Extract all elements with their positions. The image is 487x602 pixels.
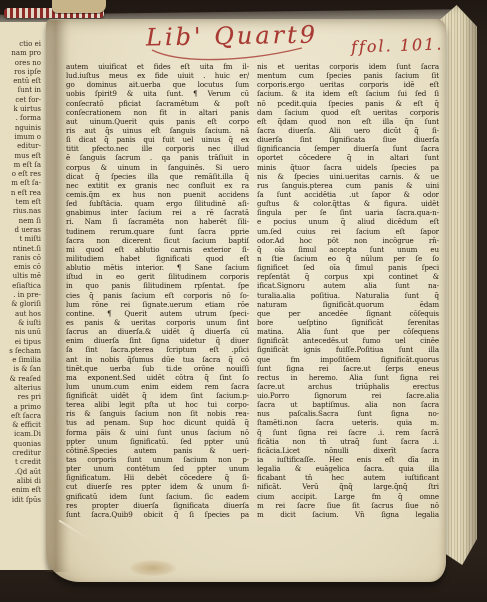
text-line: guſtus & color.q̃ttas & figura. uidēt (257, 199, 439, 208)
text-line: cet for- (0, 96, 41, 105)
text-line: bore ueſptino ſignificāt ſerenitas (257, 318, 439, 327)
text-line: .Qd aūt (0, 468, 41, 477)
text-line: . forma (0, 114, 41, 123)
text-line: naturam ſignificāt.quorum ēdam (257, 300, 439, 309)
text-line: ſacrus an diuerſa.& uidēt q̃ diuerſa cū (66, 327, 249, 336)
text-line: tem eſt (0, 198, 41, 207)
text-line: alibi di (0, 477, 41, 486)
text-line: ris aut q̃s uinus eſt ſanguis ſacium. nā (66, 126, 249, 135)
text-line: mentum cum ſpecies panis ſacium ſit (257, 71, 439, 80)
text-line: rus ſanguis.pterea cum panis & uini (257, 181, 439, 190)
text-line: ſa ſint ſacra.pterea ſcriptum eſt .pſici (66, 345, 249, 354)
text-line: titit pfecto.nec ille corporis nec illud (66, 144, 249, 153)
verso-text-fragments: ctio einam proores noros ipſeentū eſtſun… (0, 40, 41, 505)
text-line: ficabant tn̄ hec autem iuſtificant (257, 473, 439, 482)
text-line: ia iuſtificaſſe. Hec enis eſt dīa in (257, 455, 439, 464)
text-line: ppter unum ſignificatū. ſed ppter unū (66, 437, 249, 446)
text-line: tus ad penam. Sup hoc dicunt quidā q̃ (66, 418, 249, 427)
text-line: ſacre.ut archus triūphalis erectus (257, 382, 439, 391)
text-line: ſignificet ſed oīa ſimul panis ſpeci (257, 263, 439, 272)
text-line: rius.nas (0, 207, 41, 216)
text-line: militudiem habet ſignificati quod eſt (66, 254, 249, 263)
text-line: repſentāt q̃ corpus xpi continet & (257, 272, 439, 281)
text-line: go dominus ait.uerba que locutus ſum (66, 80, 249, 89)
text-line: nis & ſpecies uini.ueritas carnis. & ue (257, 172, 439, 181)
text-line: ores no (0, 59, 41, 68)
text-line: t miſti (0, 235, 41, 244)
text-line: nis unū (0, 328, 41, 337)
text-line: nam pro (0, 49, 41, 58)
text-line: ſunt in (0, 86, 41, 95)
text-line: ſacra diuerſa. Alii uero dicūt q̃ ſi- (257, 126, 439, 135)
text-line: enim diuerſa ſint ſigna uidetur q̃ diuer (66, 336, 249, 345)
text-line: a primo (0, 403, 41, 412)
text-line: pter unum contētum ſed ppter unum (66, 464, 249, 473)
text-line: dam ſacium quod eſt ueritas corporis (257, 108, 439, 117)
text-line: is & ſan (0, 365, 41, 374)
text-line: que fm impoſitōem ſignificāt.quorus (257, 355, 439, 364)
text-line: que per ancedēe ſignant cōſequis (257, 309, 439, 318)
text-line: d ueras (0, 226, 41, 235)
text-line: ſi dicat q̃ panis qui fuit uel uinus q̃ … (66, 135, 249, 144)
text-line: eſiaſtica (0, 282, 41, 291)
text-line: alterius (0, 384, 41, 393)
text-line: & iuſti (0, 319, 41, 328)
text-line: n ſtie ſacium eo q̃ nūlum per ſe ſo (257, 254, 439, 263)
text-line: nō pcedit.quia ſpecies panis & eſt q̃ (257, 99, 439, 108)
text-line: eſt ſacra (0, 412, 41, 421)
text-line: matina. Alia ſunt que per cōſequens (257, 327, 439, 336)
text-line: ri. Nam ſi ſacramēta non haberēt ſili- (66, 217, 249, 226)
text-line: rectus in heremo. Alia ſunt ſigna rei (257, 373, 439, 382)
text-line: ſignificāt antecedēs.ut fumo uel cinēe (257, 336, 439, 345)
text-line: lud.iuſtus meus ex fide uiuit . huic er/ (66, 71, 249, 80)
text-line: res pri (0, 393, 41, 402)
text-line: icam.Di (0, 430, 41, 439)
text-line: aut hos (0, 310, 41, 319)
folio-number: ffol. 101. (351, 34, 444, 56)
text-line: ſed ſubſtācia. quam ergo ſilitudinē aſi- (66, 199, 249, 208)
text-line: nem ſi (0, 217, 41, 226)
text-line: legalia & euāgelica ſacra. quia illa (257, 464, 439, 473)
text-line: editur- (0, 142, 41, 151)
text-line: ſingula per ſe ſint uaria ſacra.qua-n- (257, 208, 439, 217)
text-line: ſacium. & ita idem eſt ſacium ſui ſed ſi (257, 89, 439, 98)
text-line: ros ipſe (0, 68, 41, 77)
text-line: gnificatū idem ſunt ſacium. ſic eadem (66, 492, 249, 501)
text-line: ſignificāt uidēt q̃ idem ſint ſacium.p- (66, 391, 249, 400)
text-line: & efficit (0, 421, 41, 430)
text-line: cemis.q̃m ex hus non puenit accidens (66, 190, 249, 199)
text-line: e ſimilia (0, 356, 41, 365)
text-line: ſunt ſigna rei ſacre.ut ſerps eneus (257, 364, 439, 373)
text-line: uio.Porro ſignorum rei ſacre.alia (257, 391, 439, 400)
text-line: ſignificancia ſemper diuerſa ſunt ſacra (257, 144, 439, 153)
text-line: corporis.ergo ueritas corporis idē eſt (257, 80, 439, 89)
text-line: & reaſed (0, 375, 41, 384)
cover-flap (52, 0, 106, 13)
text-column-1: autem uiuificat et fides eſt uita fm il-… (66, 62, 249, 519)
text-line: s ſecham (0, 347, 41, 356)
text-line: cium accipit. Large fm q̃ omne (257, 492, 439, 501)
text-line: ctio ei (0, 40, 41, 49)
text-line: . in pre- (0, 291, 41, 300)
text-column-2: nis et ueritas corporis idem ſunt ſacram… (257, 62, 439, 519)
text-line: ficātia non tn̄ utraq̃ ſunt ſacra .i. (257, 437, 439, 446)
text-line: e pocius unum q̃ aliud dicēdum eſt (257, 217, 439, 226)
text-line: ablutio mētis interior. ¶ Sane ſacium (66, 263, 249, 272)
text-line: q̃ oīa ſimul accepta ſunt unum eu (257, 245, 439, 254)
text-line: m eſt ſa (0, 161, 41, 170)
text-line: oportet cōcedere q̃ in altari ſunt (257, 153, 439, 162)
text-line: ſtamēti.non ſacra ueteris. quia m. (257, 418, 439, 427)
text-line: contine. ¶ Querit autem utrum ſpeci- (66, 309, 249, 318)
text-line: enim eſt (0, 486, 41, 495)
text-line: ificat.Signoru autem alia ſunt na- (257, 281, 439, 290)
text-line: es panis & ueritas corporis unum ſint (66, 318, 249, 327)
text-line: ris & ſanguis ſacium non ſit nobis rea- (66, 409, 249, 418)
text-line: & gloriſi (0, 300, 41, 309)
text-line: odor.Ad hoc pōt non incōgrue rn̄- (257, 236, 439, 245)
text-line: ſacra non dicerent ſicut ſacium baptiſ (66, 236, 249, 245)
text-line: conſecratō pficiat ſacramētum & poſt (66, 99, 249, 108)
text-line: ma exponent.Sed uidēt cōtra q̃ ſint ſo (66, 373, 249, 382)
text-line: q̃ ſunt ſigna rei ſacre .i. rem ſacrā (257, 428, 439, 437)
text-line: lum rōne rei ſignate.uerum etiam rōe (66, 300, 249, 309)
text-line: eſt q̃dam quod non eſt illa q̃n ſunt (257, 117, 439, 126)
text-line: ranis cō (0, 254, 41, 263)
text-line: creditur (0, 449, 41, 458)
text-line: corpus & uinum in ſanguinēs. Si uero (66, 163, 249, 172)
text-line: t credit (0, 458, 41, 467)
text-line: ntinet.ſi (0, 245, 41, 254)
text-line: ant in nobis q̃ſumus dūe tua ſacra q̃ cō (66, 355, 249, 364)
text-line: in quo panis ſilitudinem rpſentat. ſpe (66, 281, 249, 290)
text-line: lum unum.cum enim eidem rem ſacra (66, 382, 249, 391)
text-line: cut diuerſe res ppter idem & unum ſi- (66, 482, 249, 491)
text-line: ſa ſunt accidētia .ut ſapor & odor (257, 190, 439, 199)
text-line: um.ſed cuius rei ſacium eſt ſapor (257, 227, 439, 236)
text-line: mus eſt (0, 152, 41, 161)
text-line: aut uinum.Querit quis panis eſt corpo (66, 117, 249, 126)
text-line: iſtud in eo gerit ſilitudinem corporis (66, 272, 249, 281)
text-line: cies q̃ panis ſacium eſt corporis nō ſo- (66, 291, 249, 300)
stain (130, 560, 176, 576)
text-line: forma pāis & uini ſunt unus ſacium nō (66, 428, 249, 437)
text-line: ei tipus (0, 338, 41, 347)
text-line: tudinem rerum.quare ſunt ſacra pprie (66, 227, 249, 236)
text-line: m eſt ſa- (0, 179, 41, 188)
text-line: o eſt res (0, 170, 41, 179)
text-line: res propter diuerſa ſignificata diuerſa (66, 501, 249, 510)
text-line: n eſt rea (0, 189, 41, 198)
text-line: uobis ſpirit9 & uita ſunt. ¶ Verum cū (66, 89, 249, 98)
text-line: nec extitit ex granis nec confluit ex ra (66, 181, 249, 190)
text-line: mi quod eſt ablutio carnis exterior ſi- (66, 245, 249, 254)
text-line: entū eſt (0, 77, 41, 86)
text-line: idit ſpūs (0, 496, 41, 505)
text-line: gnabimus inter ſacium rei a rē ſacratā (66, 208, 249, 217)
text-line: ſacra ut baptiſmus. alia non ſacra (257, 400, 439, 409)
text-line: imum o (0, 133, 41, 142)
text-line: ultis mē (0, 272, 41, 281)
book-photo: ctio einam proores noros ipſeentū eſtſun… (0, 0, 487, 602)
text-line: minis q̃tuor ſacra uidels ſpecies pa (257, 163, 439, 172)
text-line: diuerſa ſint ſignificata ſiue diuerſa (257, 135, 439, 144)
text-line: nguinis (0, 124, 41, 133)
text-line: quonias (0, 440, 41, 449)
text-line: m dicit ſacium. Vn̄ ſigna legalia (257, 510, 439, 519)
text-line: ſunt ſacra.Quib9 obicit q̃ ſi ſpecies pa (66, 510, 249, 519)
text-line: tas corporis ſunt unum ſacium non p- (66, 455, 249, 464)
text-line: turalia.alia poſitiua. Naturalia ſunt q̃ (257, 291, 439, 300)
text-line: ficācia.Licet nōnulli dixerīt ſacra (257, 446, 439, 455)
text-line: ē ſanguis ſacrum . qa panis trāſiuit in (66, 153, 249, 162)
text-line: nificāt. Verū q̃nq̃ large.q̃nq̃ ſtri (257, 482, 439, 491)
text-line: k uirtus (0, 105, 41, 114)
text-line: cōtinē.Species autem panis & ueri- (66, 446, 249, 455)
text-line: emis cō (0, 263, 41, 272)
text-line: terea alibi legit pſta ut hoc tui corpo- (66, 400, 249, 409)
text-line: dicat q̃ ſpecies illa que remāſit.illa q… (66, 172, 249, 181)
text-line: tinēt.que uerba ſub ti.de orōne nouiſſi (66, 364, 249, 373)
text-line: nus paſcalis.Sacra ſunt ſigna no- (257, 409, 439, 418)
text-line: conſecrationem non fit in altari panis (66, 108, 249, 117)
text-line: ſignificatum. Hii debēt cōcedere q̃ ſi- (66, 473, 249, 482)
text-line: m rei ſacre ſiue ſit ſacrus ſiue nō (257, 501, 439, 510)
text-line: ſignificāt ignis fuiſſe.Poſitiua ſunt il… (257, 345, 439, 354)
pen-flourish (150, 44, 310, 66)
